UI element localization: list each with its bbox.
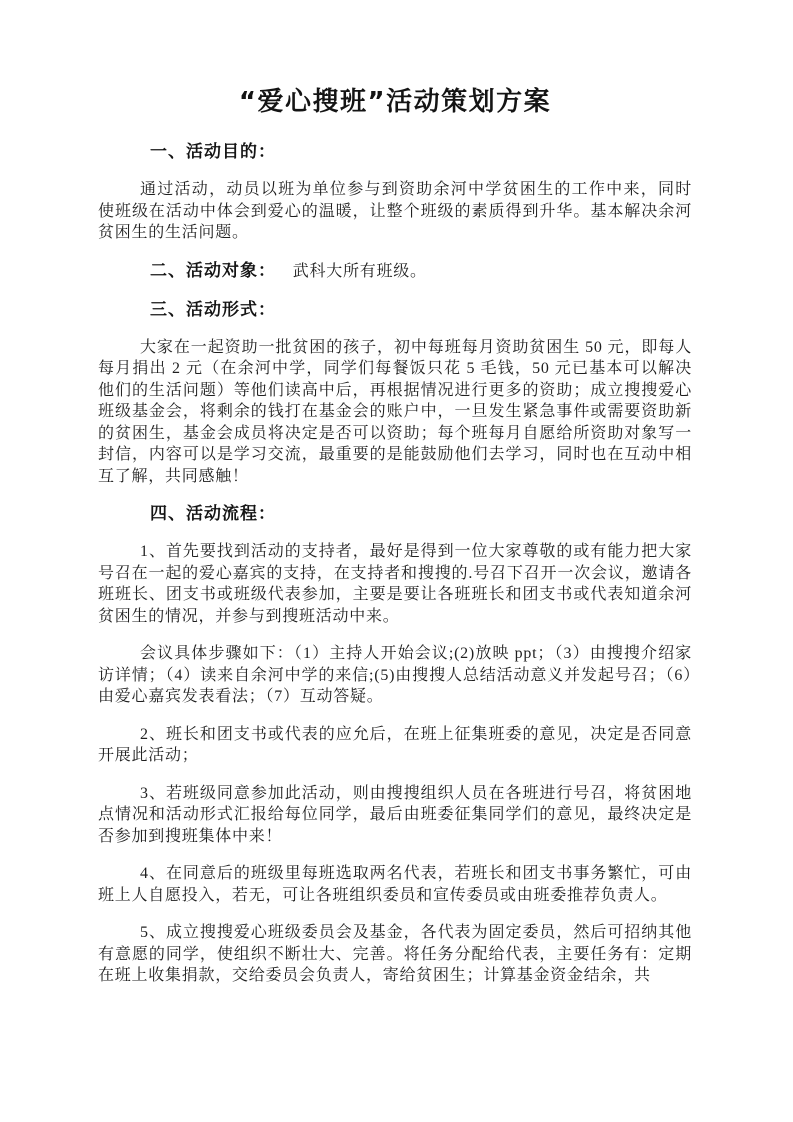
section-heading-process: 四、活动流程： <box>150 503 692 525</box>
paragraph-process-step-3: 3、若班级同意参加此活动，则由搜搜组织人员在各班进行号召，将贫困地点情况和活动形… <box>98 783 692 848</box>
paragraph-process-step-2: 2、班长和团支书或代表的应允后，在班上征集班委的意见，决定是否同意开展此活动； <box>98 724 692 767</box>
document-page: “爱心搜班”活动策划方案 一、活动目的： 通过活动，动员以班为单位参与到资助余河… <box>0 0 793 1122</box>
section-heading-format: 三、活动形式： <box>150 299 692 321</box>
paragraph-process-step-1: 1、首先要找到活动的支持者，最好是得到一位大家尊敬的或有能力把大家号召在一起的爱… <box>98 541 692 627</box>
paragraph-purpose: 通过活动，动员以班为单位参与到资助余河中学贫困生的工作中来，同时使班级在活动中体… <box>98 179 692 244</box>
paragraph-process-step-5: 5、成立搜搜爱心班级委员会及基金，各代表为固定委员，然后可招纳其他有意愿的同学，… <box>98 922 692 987</box>
section-heading-purpose: 一、活动目的： <box>150 141 692 163</box>
paragraph-format: 大家在一起资助一批贫困的孩子，初中每班每月资助贫困生 50 元，即每人每月捐出 … <box>98 337 692 488</box>
paragraph-meeting-steps: 会议具体步骤如下：（1）主持人开始会议;(2)放映 ppt；（3）由搜搜介绍家访… <box>98 643 692 708</box>
section-line-target: 二、活动对象： 武科大所有班级。 <box>98 260 692 283</box>
section-heading-target: 二、活动对象： <box>150 261 276 281</box>
paragraph-process-step-4: 4、在同意后的班级里每班选取两名代表，若班长和团支书事务繁忙，可由班上人自愿投入… <box>98 863 692 906</box>
document-title: “爱心搜班”活动策划方案 <box>98 80 692 125</box>
section-text-target: 武科大所有班级。 <box>293 263 427 280</box>
